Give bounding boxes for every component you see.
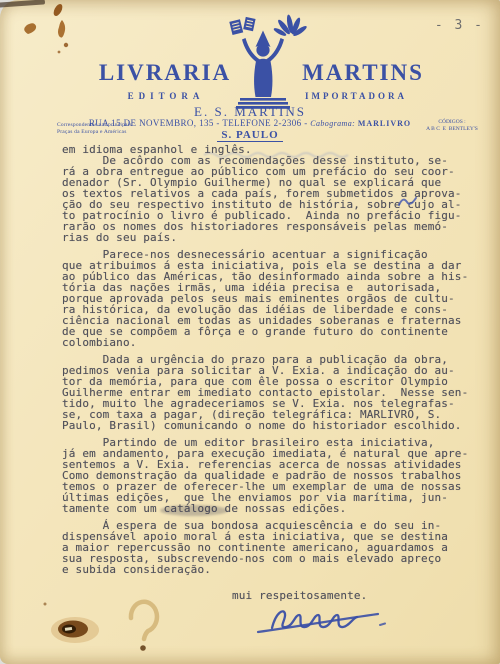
letter-paragraph: Á espera de sua bondosa acquiescência e … [62, 520, 470, 575]
telegraph-codes-note: CÓDIGOS : A B C E BENTLEY'S [412, 119, 492, 133]
letter-closing: mui respeitosamente. [232, 589, 470, 602]
letter-paragraph: Parece-nos desnecessário acentuar a sign… [62, 249, 470, 348]
cable-value: MARLIVRO [358, 119, 411, 128]
scanned-letter: - 3 - [0, 0, 500, 664]
letter-page: - 3 - [0, 0, 500, 664]
company-name-martins: MARTINS [292, 60, 434, 86]
ink-stain-bottom-left [35, 596, 187, 658]
ink-stain-top-left [22, 0, 104, 60]
typewriter-smudge [160, 505, 228, 516]
handwritten-signature [254, 602, 390, 640]
subtitle-editora: EDITORA [104, 91, 228, 101]
company-name-livraria: LIVRARIA [98, 60, 232, 86]
correspondents-note: Correspondentes nas principais Praças da… [57, 122, 132, 136]
letter-body: em idioma espanhol e inglês. De acôrdo c… [62, 144, 470, 602]
cable-label: Cabograma: [310, 119, 355, 128]
letter-paragraph: Dada a urgência do prazo para a publicaç… [62, 354, 470, 431]
page-number: - 3 - [435, 18, 484, 33]
letter-paragraph: Partindo de um editor brasileiro esta in… [62, 437, 470, 514]
letter-paragraph: em idioma espanhol e inglês. De acôrdo c… [62, 144, 470, 243]
pen-correction-mark [396, 196, 420, 208]
subtitle-importadora: IMPORTADORA [296, 91, 416, 101]
